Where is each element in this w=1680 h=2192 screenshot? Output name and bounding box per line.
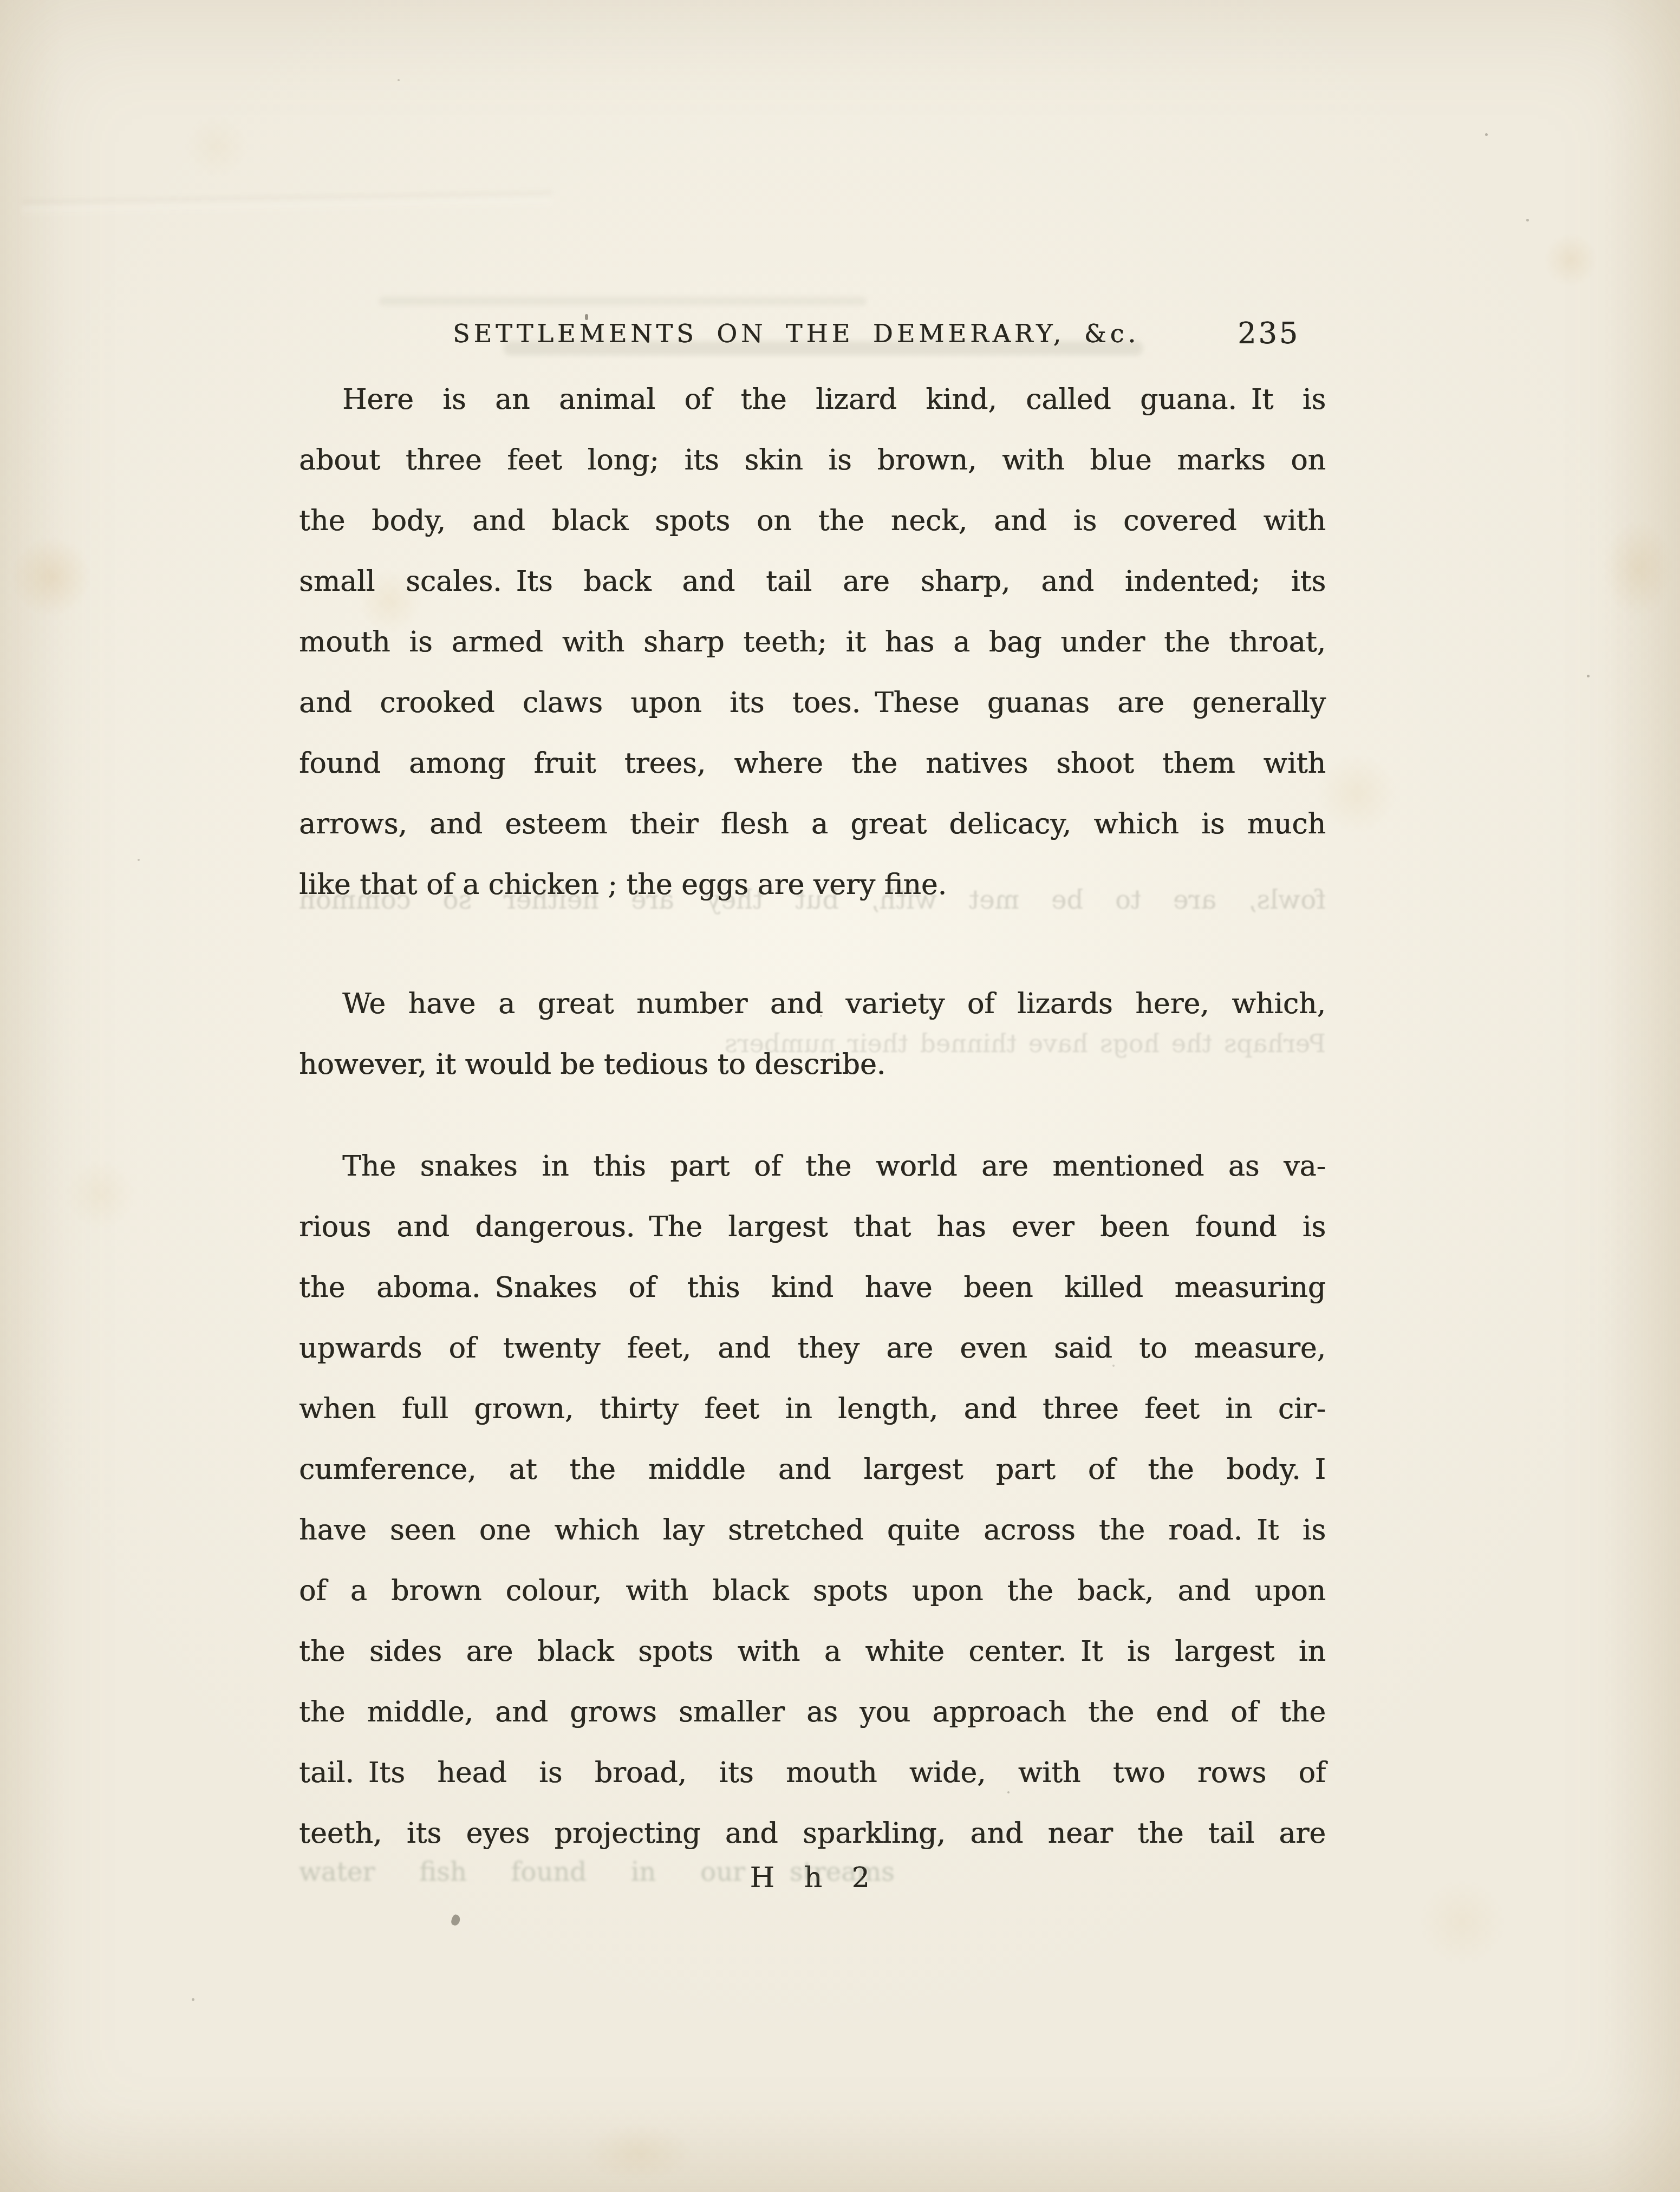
paper-crease: [22, 190, 552, 218]
text-line: have seen one which lay stretched quite …: [299, 1500, 1326, 1561]
text-line: the middle, and grows smaller as you app…: [299, 1682, 1326, 1743]
foxing-stain: [1419, 1879, 1506, 1966]
paper-speck: [1485, 133, 1488, 136]
signature-mark: H h 2: [299, 1848, 1326, 1908]
running-head: SETTLEMENTS ON THE DEMERARY, &c. 235: [299, 317, 1326, 350]
paragraph-2: We have a great number and variety of li…: [299, 974, 1326, 1095]
text-line: arrows, and esteem their flesh a great d…: [299, 794, 1326, 854]
text-line: the body, and black spots on the neck, a…: [299, 491, 1326, 551]
foxing-stain: [1603, 520, 1674, 617]
text-line: We have a great number and variety of li…: [299, 974, 1326, 1034]
show-through-blur: [379, 297, 867, 305]
foxing-stain: [1316, 753, 1397, 834]
paper-speck: [138, 859, 140, 861]
text-line: however, it would be tedious to describe…: [299, 1034, 1326, 1095]
paper-speck: [192, 1998, 194, 2001]
text-line: The snakes in this part of the world are…: [299, 1136, 1326, 1197]
foxing-stain: [11, 536, 92, 617]
text-line: found among fruit trees, where the nativ…: [299, 733, 1326, 794]
text-line: small scales. Its back and tail are shar…: [299, 551, 1326, 612]
foxing-stain: [184, 114, 249, 179]
paper-speck: [398, 79, 400, 81]
paper-speck: [450, 1914, 461, 1927]
foxing-stain: [1544, 233, 1598, 287]
paper-speck: [1526, 219, 1529, 221]
book-page-scan: SETTLEMENTS ON THE DEMERARY, &c. 235 Her…: [0, 0, 1680, 2192]
text-line: upwards of twenty feet, and they are eve…: [299, 1318, 1326, 1379]
text-line: and crooked claws upon its toes. These g…: [299, 673, 1326, 733]
text-line: like that of a chicken ; the eggs are ve…: [299, 854, 1326, 915]
paper-speck: [1587, 675, 1590, 677]
text-line: rious and dangerous. The largest that ha…: [299, 1197, 1326, 1257]
foxing-stain: [65, 1159, 135, 1229]
paragraph-1: Here is an animal of the lizard kind, ca…: [299, 369, 1326, 915]
text-line: about three feet long; its skin is brown…: [299, 430, 1326, 491]
text-line: the sides are black spots with a white c…: [299, 1621, 1326, 1682]
text-line: of a brown colour, with black spots upon…: [299, 1561, 1326, 1621]
text-line: cumference, at the middle and largest pa…: [299, 1439, 1326, 1500]
page-number: 235: [1238, 317, 1300, 350]
paragraph-3: The snakes in this part of the world are…: [299, 1136, 1326, 1864]
text-line: when full grown, thirty feet in length, …: [299, 1379, 1326, 1439]
running-title: SETTLEMENTS ON THE DEMERARY, &c.: [299, 317, 1326, 350]
text-line: tail. Its head is broad, its mouth wide,…: [299, 1743, 1326, 1803]
text-line: the aboma. Snakes of this kind have been…: [299, 1257, 1326, 1318]
text-line: Here is an animal of the lizard kind, ca…: [299, 369, 1326, 430]
text-line: mouth is armed with sharp teeth; it has …: [299, 612, 1326, 673]
foxing-stain: [585, 2123, 693, 2182]
